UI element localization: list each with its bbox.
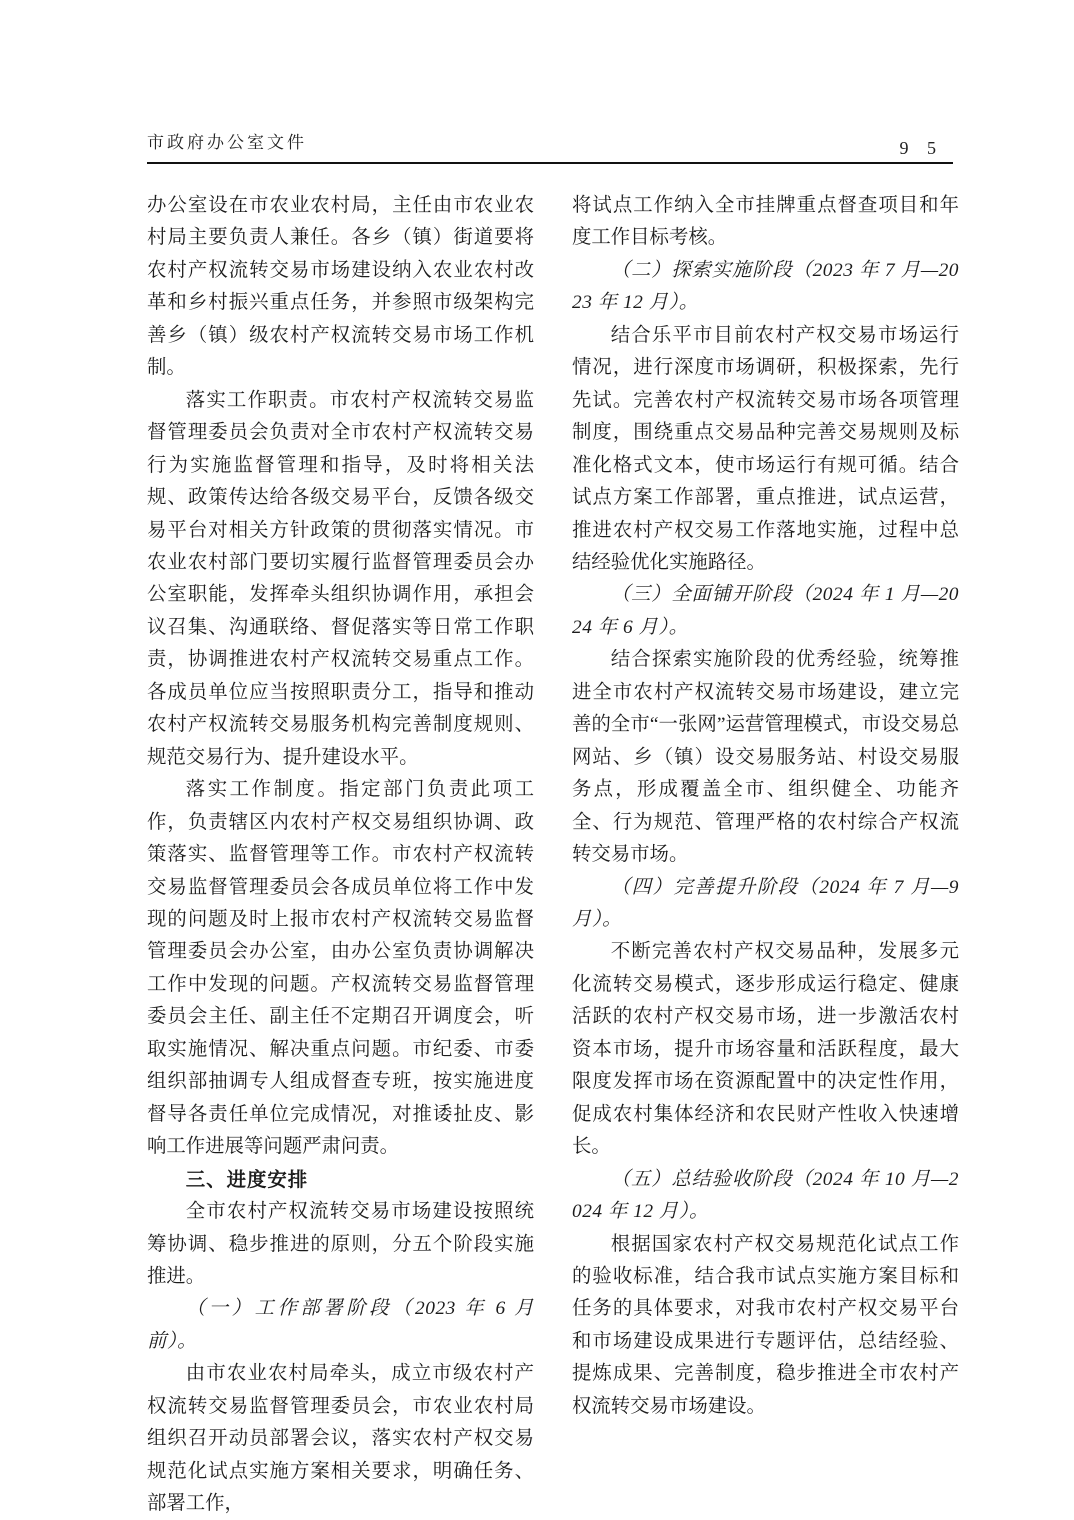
phase-heading: （二）探索实施阶段（2023 年 7 月—2023 年 12 月）。 [572, 255, 959, 320]
paragraph: 根据国家农村产权交易规范化试点工作的验收标准，结合我市试点实施方案目标和任务的具… [572, 1229, 959, 1424]
phase-heading: （五）总结验收阶段（2024 年 10 月—2024 年 12 月）。 [572, 1164, 959, 1229]
phase-heading: （三）全面铺开阶段（2024 年 1 月—2024 年 6 月）。 [572, 579, 959, 644]
paragraph: 办公室设在市农业农村局，主任由市农业农村局主要负责人兼任。各乡（镇）街道要将农村… [147, 190, 534, 385]
left-column: 办公室设在市农业农村局，主任由市农业农村局主要负责人兼任。各乡（镇）街道要将农村… [147, 190, 534, 1520]
paragraph: 落实工作职责。市农村产权流转交易监督管理委员会负责对全市农村产权流转交易行为实施… [147, 385, 534, 774]
header-doc-label: 市政府办公室文件 [147, 128, 307, 160]
paragraph: 结合探索实施阶段的优秀经验，统筹推进全市农村产权流转交易市场建设，建立完善的全市… [572, 644, 959, 871]
paragraph: 不断完善农村产权交易品种，发展多元化流转交易模式，逐步形成运行稳定、健康活跃的农… [572, 936, 959, 1163]
paragraph: 由市农业农村局牵头，成立市级农村产权流转交易监督管理委员会，市农业农村局组织召开… [147, 1358, 534, 1520]
document-body: 办公室设在市农业农村局，主任由市农业农村局主要负责人兼任。各乡（镇）街道要将农村… [147, 190, 959, 1520]
phase-heading: （一）工作部署阶段（2023 年 6 月前）。 [147, 1293, 534, 1358]
paragraph: 落实工作制度。指定部门负责此项工作，负责辖区内农村产权交易组织协调、政策落实、监… [147, 774, 534, 1163]
page-number: 9 5 [900, 138, 954, 160]
phase-heading: （四）完善提升阶段（2024 年 7 月—9 月）。 [572, 872, 959, 937]
paragraph: 全市农村产权流转交易市场建设按照统筹协调、稳步推进的原则，分五个阶段实施推进。 [147, 1196, 534, 1293]
right-column: 将试点工作纳入全市挂牌重点督查项目和年度工作目标考核。（二）探索实施阶段（202… [572, 190, 959, 1520]
paragraph: 将试点工作纳入全市挂牌重点督查项目和年度工作目标考核。 [572, 190, 959, 255]
section-heading: 三、进度安排 [147, 1164, 534, 1196]
header-rule [147, 162, 953, 164]
document-page: 市政府办公室文件 9 5 办公室设在市农业农村局，主任由市农业农村局主要负责人兼… [0, 0, 1074, 1520]
page-header: 市政府办公室文件 9 5 [147, 128, 953, 160]
paragraph: 结合乐平市目前农村产权交易市场运行情况，进行深度市场调研，积极探索，先行先试。完… [572, 320, 959, 580]
